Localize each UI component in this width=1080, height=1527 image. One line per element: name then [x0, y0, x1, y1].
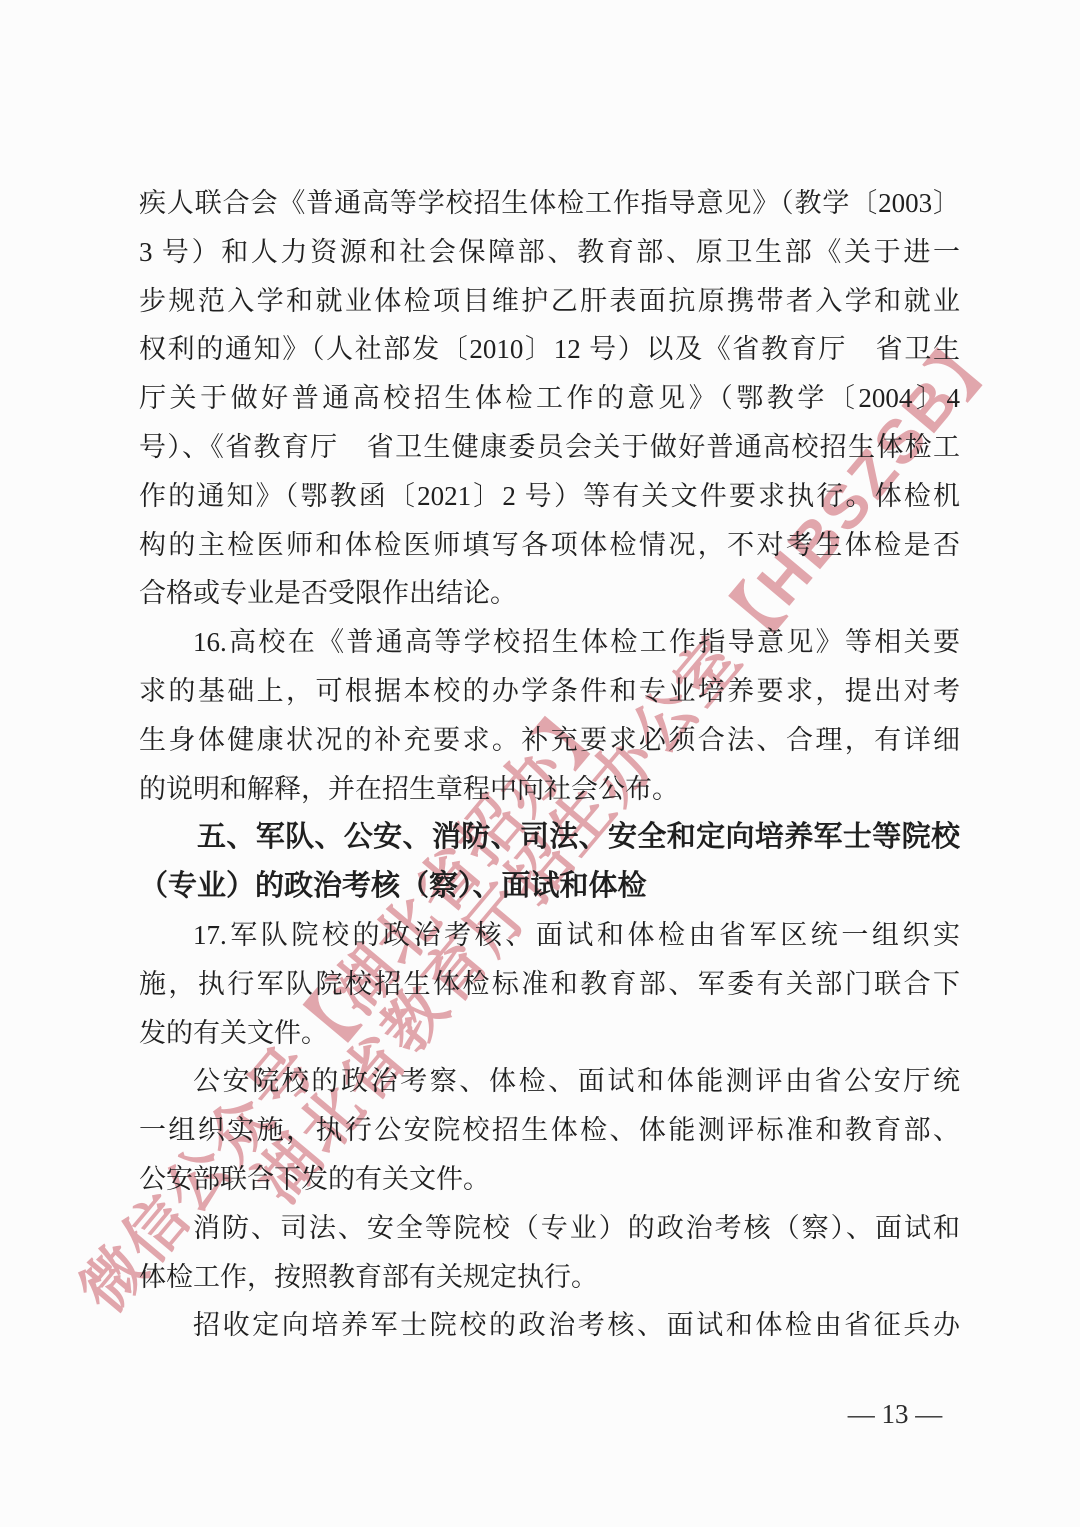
document-text: 疾人联合会《普通高等学校招生体检工作指导意见》（教学〔2003〕3 号）和人力资…: [139, 179, 960, 1350]
text-line: 3 号）和人力资源和社会保障部、教育部、原卫生部《关于进一: [139, 228, 960, 277]
text-line: 生身体健康状况的补充要求。补充要求必须合法、合理，有详细: [139, 716, 960, 765]
text-line: 公安院校的政治考察、体检、面试和体能测评由省公安厅统: [139, 1057, 960, 1106]
text-line: 体检工作，按照教育部有关规定执行。: [139, 1253, 960, 1302]
text-line: 作的通知》（鄂教函〔2021〕2 号）等有关文件要求执行。体检机: [139, 472, 960, 521]
text-line: 权利的通知》（人社部发〔2010〕12 号）以及《省教育厅 省卫生: [139, 325, 960, 374]
text-line: 消防、司法、安全等院校（专业）的政治考核（察）、面试和: [139, 1204, 960, 1253]
text-line: 疾人联合会《普通高等学校招生体检工作指导意见》（教学〔2003〕: [139, 179, 960, 228]
text-line: 16.高校在《普通高等学校招生体检工作指导意见》等相关要: [139, 618, 960, 667]
page-number: — 13 —: [795, 1396, 995, 1432]
text-line: 17.军队院校的政治考核、面试和体检由省军区统一组织实: [139, 911, 960, 960]
document-page: 湖北省教育厅招生办公室【HBSZSB】 微信公众号【湖北省招办】 疾人联合会《普…: [0, 0, 1080, 1527]
text-line: 求的基础上，可根据本校的办学条件和专业培养要求，提出对考: [139, 667, 960, 716]
text-line: 号）、《省教育厅 省卫生健康委员会关于做好普通高校招生体检工: [139, 423, 960, 472]
text-line: 合格或专业是否受限作出结论。: [139, 569, 960, 618]
text-line: （专业）的政治考核（察）、面试和体检: [139, 862, 960, 911]
text-line: 五、军队、公安、消防、司法、安全和定向培养军士等院校: [139, 813, 960, 862]
text-line: 的说明和解释，并在招生章程中向社会公布。: [139, 765, 960, 814]
text-line: 步规范入学和就业体检项目维护乙肝表面抗原携带者入学和就业: [139, 277, 960, 326]
text-line: 发的有关文件。: [139, 1009, 960, 1058]
text-line: 构的主检医师和体检医师填写各项体检情况，不对考生体检是否: [139, 521, 960, 570]
text-line: 招收定向培养军士院校的政治考核、面试和体检由省征兵办: [139, 1301, 960, 1350]
text-line: 一组织实施，执行公安院校招生体检、体能测评标准和教育部、: [139, 1106, 960, 1155]
text-line: 公安部联合下发的有关文件。: [139, 1155, 960, 1204]
text-line: 施，执行军队院校招生体检标准和教育部、军委有关部门联合下: [139, 960, 960, 1009]
text-line: 厅关于做好普通高校招生体检工作的意见》（鄂教学〔2004〕4: [139, 374, 960, 423]
